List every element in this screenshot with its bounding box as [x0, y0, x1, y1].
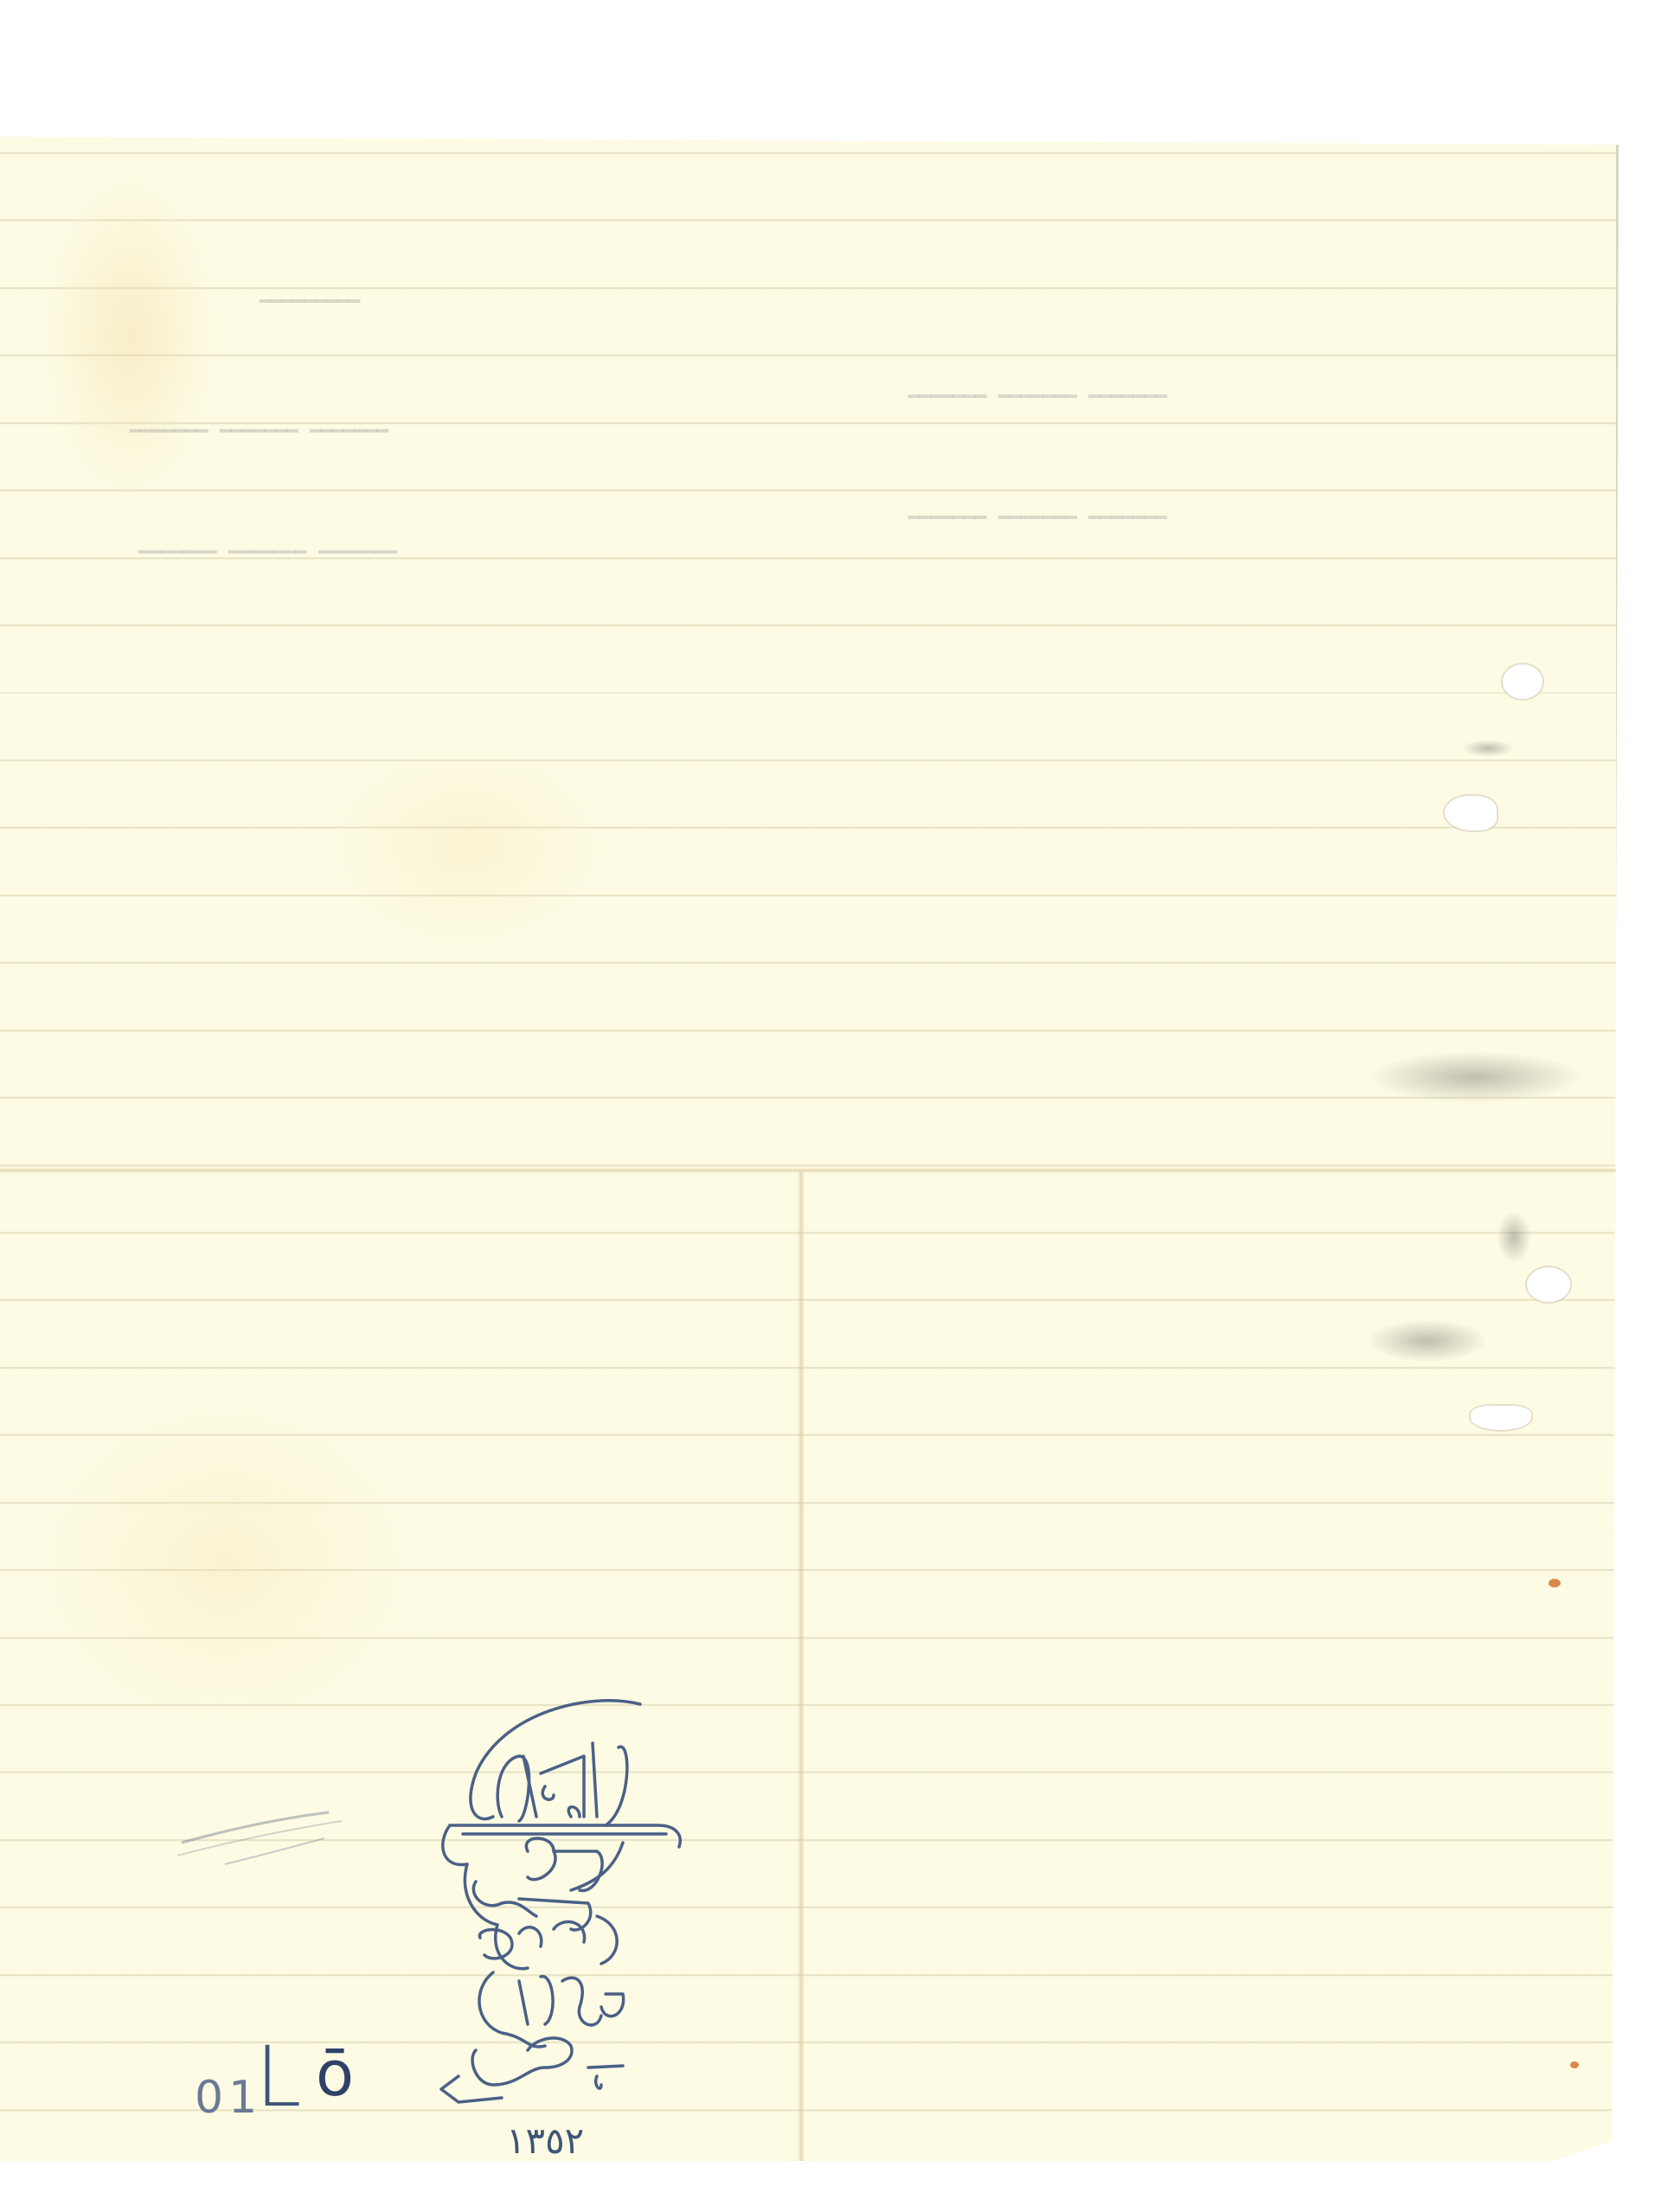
glyph-annotation: ō — [316, 2037, 354, 2110]
bleed-through-line: ـــــــ ـــــــ ـــــــ — [138, 519, 397, 563]
ink-smudge — [1462, 740, 1514, 757]
numeral-annotation: 01 — [195, 2072, 262, 2124]
bleed-through-line: ـــــــ ـــــــ ـــــــ — [130, 398, 388, 442]
calligraphic-doodle — [424, 1696, 787, 2145]
letter-mark: L — [255, 2029, 301, 2125]
punch-hole-torn — [1445, 796, 1497, 830]
bleed-through-line: ـــــــ ـــــــ ـــــــ — [908, 363, 1167, 407]
rust-spot — [1570, 2061, 1579, 2068]
punch-hole-torn — [1471, 1406, 1531, 1430]
pencil-strokes — [173, 1791, 363, 1869]
ink-smudge — [1497, 1211, 1531, 1263]
punch-hole — [1503, 664, 1542, 699]
vertical-fold-crease — [798, 1171, 805, 2161]
ink-smudge — [1367, 1319, 1488, 1362]
rust-spot — [1549, 1579, 1561, 1587]
bleed-through-line: ـــــــــ — [260, 268, 360, 312]
ink-smudge — [1367, 1051, 1583, 1103]
punch-hole — [1527, 1267, 1570, 1302]
bleed-through-line: ـــــــ ـــــــ ـــــــ — [908, 484, 1167, 529]
horizontal-fold-crease — [0, 1168, 1616, 1173]
